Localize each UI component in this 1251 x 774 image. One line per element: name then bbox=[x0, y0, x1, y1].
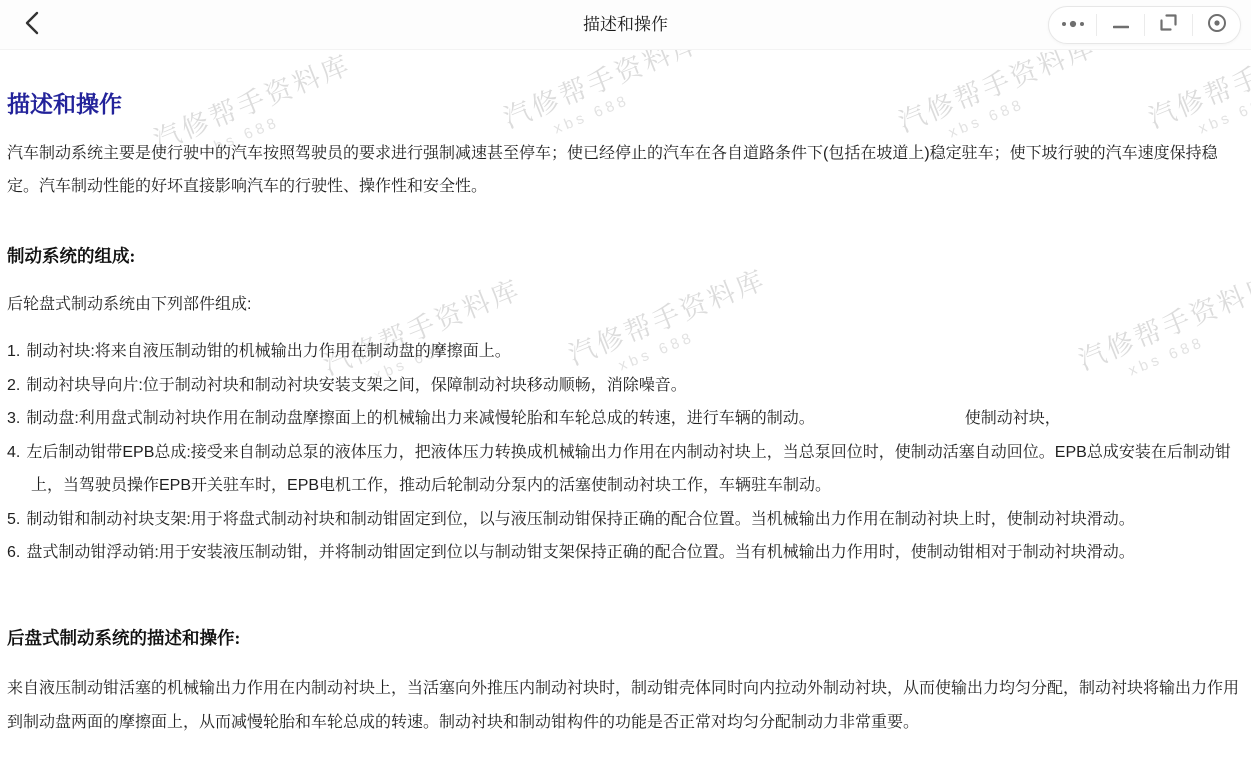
more-button[interactable] bbox=[1049, 6, 1096, 44]
minimize-button[interactable] bbox=[1097, 6, 1144, 44]
list-item: 5.制动钳和制动衬块支架:用于将盘式制动衬块和制动钳固定到位，以与液压制动钳保持… bbox=[7, 503, 1239, 537]
list-item-number: 4. bbox=[7, 444, 20, 461]
more-dots-icon bbox=[1060, 16, 1086, 34]
list-item: 1.制动衬块:将来自液压制动钳的机械输出力作用在制动盘的摩擦面上。 bbox=[7, 335, 1239, 369]
list-item-text: 左后制动钳带EPB总成:接受来自制动总泵的液体压力，把液体压力转换成机械输出力作… bbox=[26, 444, 1230, 495]
list-item-number: 6. bbox=[7, 544, 20, 561]
list-item-text: 盘式制动钳浮动销:用于安装液压制动钳，并将制动钳固定到位以与制动钳支架保持正确的… bbox=[26, 544, 1134, 561]
restore-button[interactable] bbox=[1145, 6, 1192, 44]
list-item-text: 制动衬块:将来自液压制动钳的机械输出力作用在制动盘的摩擦面上。 bbox=[26, 343, 510, 360]
list-lead-text: 后轮盘式制动系统由下列部件组成: bbox=[7, 291, 1239, 314]
list-item: 4.左后制动钳带EPB总成:接受来自制动总泵的液体压力，把液体压力转换成机械输出… bbox=[7, 436, 1239, 503]
list-item: 2.制动衬块导向片:位于制动衬块和制动衬块安装支架之间，保障制动衬块移动顺畅，消… bbox=[7, 369, 1239, 403]
list-item-text: 制动衬块导向片:位于制动衬块和制动衬块安装支架之间，保障制动衬块移动顺畅，消除噪… bbox=[26, 377, 686, 394]
target-circle-icon bbox=[1206, 12, 1228, 39]
window-capsule bbox=[1048, 6, 1241, 44]
operation-paragraph: 来自液压制动钳活塞的机械输出力作用在内制动衬块上，当活塞向外推压内制动衬块时，制… bbox=[7, 672, 1239, 740]
minimize-icon bbox=[1113, 16, 1129, 34]
section-heading-operation: 后盘式制动系统的描述和操作: bbox=[7, 625, 1239, 650]
list-item-number: 1. bbox=[7, 343, 20, 360]
restore-icon bbox=[1158, 12, 1179, 38]
titlebar: 描述和操作 bbox=[0, 0, 1251, 50]
list-item-text: 制动盘:利用盘式制动衬块作用在制动盘摩擦面上的机械输出力来减慢轮胎和车轮总成的转… bbox=[26, 410, 814, 427]
page-title: 描述和操作 bbox=[7, 86, 1239, 119]
list-item-tail-text: 使制动衬块， bbox=[965, 410, 1061, 427]
list-item-number: 5. bbox=[7, 511, 20, 528]
section-heading-composition: 制动系统的组成: bbox=[7, 243, 1239, 268]
document-body: 描述和操作 汽车制动系统主要是使行驶中的汽车按照驾驶员的要求进行强制减速甚至停车… bbox=[0, 86, 1251, 740]
list-item: 6.盘式制动钳浮动销:用于安装液压制动钳，并将制动钳固定到位以与制动钳支架保持正… bbox=[7, 536, 1239, 570]
list-item-number: 3. bbox=[7, 410, 20, 427]
list-item-number: 2. bbox=[7, 377, 20, 394]
intro-paragraph: 汽车制动系统主要是使行驶中的汽车按照驾驶员的要求进行强制减速甚至停车；使已经停止… bbox=[7, 137, 1239, 203]
target-button[interactable] bbox=[1193, 6, 1240, 44]
list-item: 3.制动盘:利用盘式制动衬块作用在制动盘摩擦面上的机械输出力来减慢轮胎和车轮总成… bbox=[7, 402, 1239, 436]
component-list: 1.制动衬块:将来自液压制动钳的机械输出力作用在制动盘的摩擦面上。 2.制动衬块… bbox=[7, 335, 1239, 570]
list-item-text: 制动钳和制动衬块支架:用于将盘式制动衬块和制动钳固定到位，以与液压制动钳保持正确… bbox=[26, 511, 1134, 528]
